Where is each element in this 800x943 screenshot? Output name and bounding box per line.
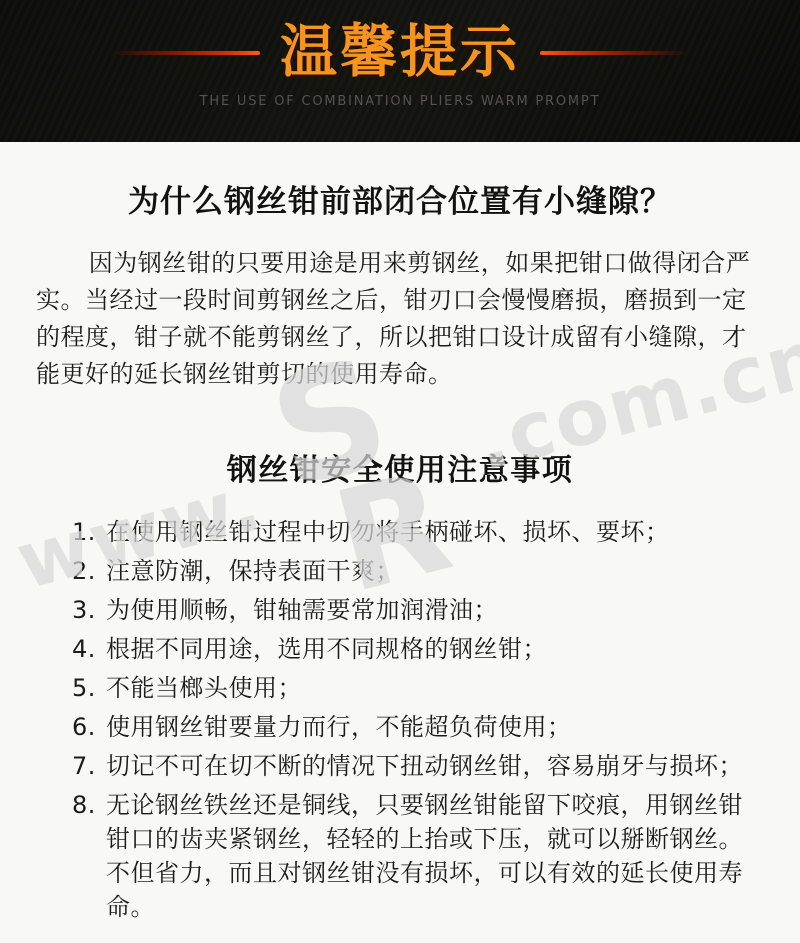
- note-item-7: 7. 切记不可在切不断的情况下扭动钢丝钳，容易崩牙与损坏；: [72, 749, 762, 783]
- article-content: 为什么钢丝钳前部闭合位置有小缝隙？ 因为钢丝钳的只要用途是用来剪钢丝，如果把钳口…: [0, 142, 800, 929]
- safety-notes-list: 1. 在使用钢丝钳过程中切勿将手柄碰坏、损坏、要坏； 2. 注意防潮，保持表面干…: [72, 515, 762, 924]
- note-item-8: 8. 无论钢丝铁丝还是铜线，只要钢丝钳能留下咬痕，用钢丝钳钳口的齿夹紧钢丝，轻轻…: [72, 788, 762, 924]
- note-item-4: 4. 根据不同用途，选用不同规格的钢丝钳；: [72, 632, 762, 666]
- note-text: 为使用顺畅，钳轴需要常加润滑油；: [106, 593, 762, 627]
- note-item-1: 1. 在使用钢丝钳过程中切勿将手柄碰坏、损坏、要坏；: [72, 515, 762, 549]
- note-text: 无论钢丝铁丝还是铜线，只要钢丝钳能留下咬痕，用钢丝钳钳口的齿夹紧钢丝，轻轻的上抬…: [106, 788, 762, 924]
- note-number: 1.: [72, 515, 106, 549]
- note-number: 5.: [72, 671, 106, 705]
- note-text: 切记不可在切不断的情况下扭动钢丝钳，容易崩牙与损坏；: [106, 749, 762, 783]
- note-item-2: 2. 注意防潮，保持表面干爽；: [72, 554, 762, 588]
- note-item-5: 5. 不能当榔头使用；: [72, 671, 762, 705]
- note-text: 使用钢丝钳要量力而行，不能超负荷使用；: [106, 710, 762, 744]
- question-title: 为什么钢丝钳前部闭合位置有小缝隙？: [20, 176, 780, 221]
- banner-title: 温馨提示: [280, 20, 520, 86]
- banner-decor-line-right: [540, 51, 690, 55]
- banner-subtitle: THE USE OF COMBINATION PLIERS WARM PROMP…: [0, 94, 800, 109]
- note-item-3: 3. 为使用顺畅，钳轴需要常加润滑油；: [72, 593, 762, 627]
- note-number: 7.: [72, 749, 106, 783]
- note-text: 根据不同用途，选用不同规格的钢丝钳；: [106, 632, 762, 666]
- note-text: 不能当榔头使用；: [106, 671, 762, 705]
- note-number: 2.: [72, 554, 106, 588]
- note-number: 6.: [72, 710, 106, 744]
- note-text: 注意防潮，保持表面干爽；: [106, 554, 762, 588]
- note-number: 8.: [72, 788, 106, 822]
- banner-decor-line-left: [110, 51, 260, 55]
- note-item-6: 6. 使用钢丝钳要量力而行，不能超负荷使用；: [72, 710, 762, 744]
- banner-title-row: 温馨提示: [0, 0, 800, 86]
- note-number: 4.: [72, 632, 106, 666]
- answer-paragraph: 因为钢丝钳的只要用途是用来剪钢丝，如果把钳口做得闭合严实。当经过一段时间剪钢丝之…: [36, 245, 764, 393]
- note-number: 3.: [72, 593, 106, 627]
- warm-prompt-poster: 温馨提示 THE USE OF COMBINATION PLIERS WARM …: [0, 0, 800, 943]
- safety-notes-title: 钢丝钳安全使用注意事项: [0, 445, 800, 489]
- banner: 温馨提示 THE USE OF COMBINATION PLIERS WARM …: [0, 0, 800, 142]
- note-text: 在使用钢丝钳过程中切勿将手柄碰坏、损坏、要坏；: [106, 515, 762, 549]
